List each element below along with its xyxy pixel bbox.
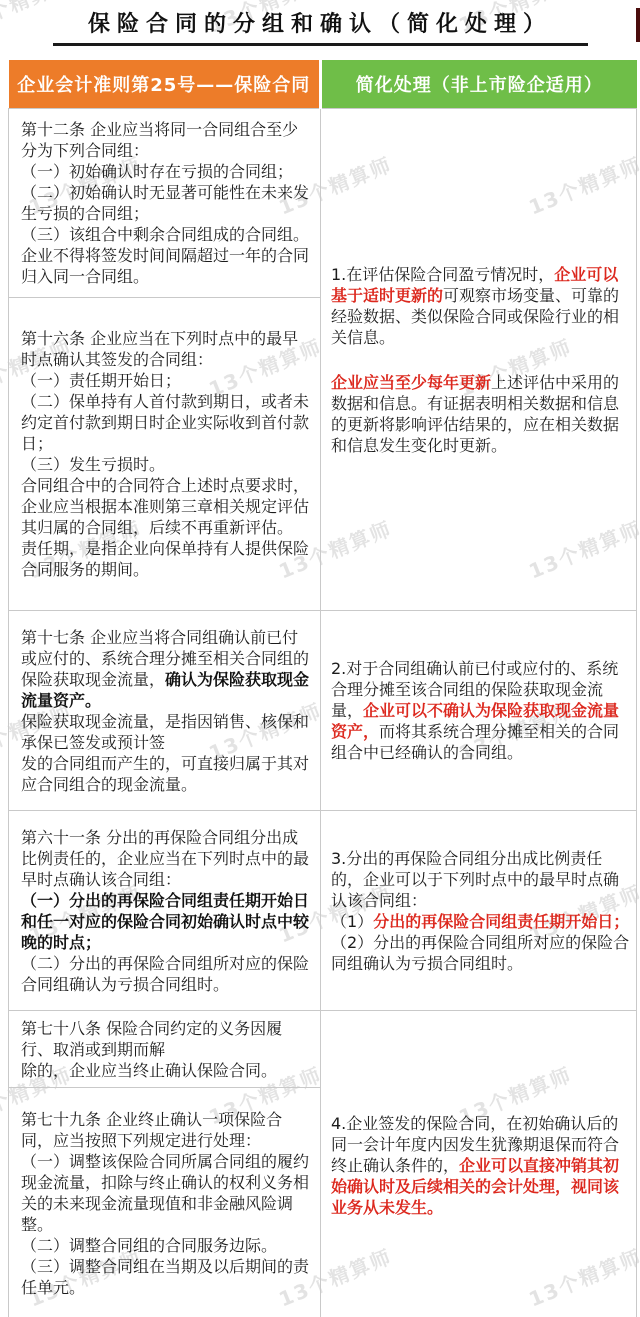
body-text: 保险获取现金流量，是指因销售、核保和承保已签发或预计签 发的合同组而产生的，可直… bbox=[21, 712, 309, 794]
content: 保险合同的分组和确认（简化处理） 企业会计准则第25号——保险合同 简化处理（非… bbox=[0, 0, 640, 1317]
cell-right-row5: 4.企业签发的保险合同，在初始确认后的同一会计年度内因发生犹豫期退保而符合终止确… bbox=[321, 1011, 637, 1317]
body-text: 企业不得将签发时间间隔超过一年的合同归入同一合同组。 bbox=[21, 246, 309, 286]
cell-left-row4: 第六十一条 分出的再保险合同组分出成比例责任的，企业应当在下列时点中的最早时点确… bbox=[9, 811, 321, 1011]
header-standard-column: 企业会计准则第25号——保险合同 bbox=[9, 60, 321, 109]
body-text: （一）分出的再保险合同组责任期开始日和任一对应的保险合同初始确认时点中较晚的时点… bbox=[21, 891, 309, 952]
body-text: （二）保单持有人首付款到期日，或者未约定首付款到期日时企业实际收到首付款日； bbox=[21, 392, 309, 453]
paragraph: 第十二条 企业应当将同一合同组合至少分为下列合同组： bbox=[21, 119, 312, 161]
paragraph: 2.对于合同组确认前已付或应付的、系统合理分摊至该合同组的保险获取现金流量，企业… bbox=[331, 658, 630, 763]
cell-left-row6: 第七十九条 企业终止确认一项保险合同，应当按照下列规定进行处理：（一）调整该保险… bbox=[9, 1088, 321, 1317]
body-text: （三）发生亏损时。 bbox=[21, 455, 165, 474]
cell-right-row1: 1.在评估保险合同盈亏情况时，企业可以基于适时更新的可观察市场变量、可靠的经验数… bbox=[321, 109, 637, 611]
body-text: 合同组合中的合同符合上述时点要求时，企业应当根据本准则第三章相关规定评估其归属的… bbox=[21, 476, 309, 537]
paragraph: （一）初始确认时存在亏损的合同组； bbox=[21, 161, 312, 182]
paragraph: 1.在评估保险合同盈亏情况时，企业可以基于适时更新的可观察市场变量、可靠的经验数… bbox=[331, 264, 630, 348]
paragraph: 企业不得将签发时间间隔超过一年的合同归入同一合同组。 bbox=[21, 245, 312, 287]
body-text: （二）初始确认时无显著可能性在未来发生亏损的合同组； bbox=[21, 183, 309, 223]
paragraph: 第七十八条 保险合同约定的义务因履行、取消或到期而解 除的，企业应当终止确认保险… bbox=[21, 1018, 312, 1081]
body-text: （一）初始确认时存在亏损的合同组； bbox=[21, 162, 293, 181]
paragraph: （2）分出的再保险合同组所对应的保险合同组确认为亏损合同组时。 bbox=[331, 932, 630, 974]
comparison-table: 企业会计准则第25号——保险合同 简化处理（非上市险企适用） 第十二条 企业应当… bbox=[8, 60, 637, 1317]
paragraph: （一）分出的再保险合同组责任期开始日和任一对应的保险合同初始确认时点中较晚的时点… bbox=[21, 890, 312, 953]
body-text: （1） bbox=[331, 912, 373, 931]
table-row-5: 第七十八条 保险合同约定的义务因履行、取消或到期而解 除的，企业应当终止确认保险… bbox=[9, 1011, 637, 1088]
paragraph: （二）初始确认时无显著可能性在未来发生亏损的合同组； bbox=[21, 182, 312, 224]
paragraph: （三）调整合同组在当期及以后期间的责任单元。 bbox=[21, 1256, 312, 1298]
cell-right-row4: 3.分出的再保险合同组分出成比例责任的，企业可以于下列时点中的最早时点确认该合同… bbox=[321, 811, 637, 1011]
body-text: 1.在评估保险合同盈亏情况时， bbox=[331, 265, 554, 284]
page-title: 保险合同的分组和确认（简化处理） bbox=[0, 12, 640, 38]
body-text: 第六十一条 分出的再保险合同组分出成比例责任的，企业应当在下列时点中的最早时点确… bbox=[21, 828, 309, 889]
paragraph: 保险获取现金流量，是指因销售、核保和承保已签发或预计签 发的合同组而产生的，可直… bbox=[21, 711, 312, 795]
paragraph: 第六十一条 分出的再保险合同组分出成比例责任的，企业应当在下列时点中的最早时点确… bbox=[21, 827, 312, 890]
highlighted-text: 分出的再保险合同组责任期开始日； bbox=[373, 912, 629, 931]
paragraph-spacer bbox=[331, 348, 630, 372]
paragraph: 4.企业签发的保险合同，在初始确认后的同一会计年度内因发生犹豫期退保而符合终止确… bbox=[331, 1113, 630, 1218]
body-text: 第七十八条 保险合同约定的义务因履行、取消或到期而解 除的，企业应当终止确认保险… bbox=[21, 1019, 282, 1080]
body-text: （一）责任期开始日； bbox=[21, 371, 181, 390]
cell-left-row5: 第七十八条 保险合同约定的义务因履行、取消或到期而解 除的，企业应当终止确认保险… bbox=[9, 1011, 321, 1088]
title-underline bbox=[53, 43, 588, 46]
cell-left-row2: 第十六条 企业应当在下列时点中的最早时点确认其签发的合同组：（一）责任期开始日；… bbox=[9, 298, 321, 611]
body-text: （二）调整合同组的合同服务边际。 bbox=[21, 1236, 277, 1255]
body-text: 责任期，是指企业向保单持有人提供保险合同服务的期间。 bbox=[21, 539, 309, 579]
screen-edge-artifact bbox=[636, 8, 640, 42]
paragraph: 第十七条 企业应当将合同组确认前已付或应付的、系统合理分摊至相关合同组的保险获取… bbox=[21, 627, 312, 711]
paragraph: 3.分出的再保险合同组分出成比例责任的，企业可以于下列时点中的最早时点确认该合同… bbox=[331, 848, 630, 911]
table-header: 企业会计准则第25号——保险合同 简化处理（非上市险企适用） bbox=[9, 60, 637, 109]
title-block: 保险合同的分组和确认（简化处理） bbox=[0, 0, 640, 60]
body-text: 第七十九条 企业终止确认一项保险合同，应当按照下列规定进行处理： bbox=[21, 1110, 282, 1150]
body-text: （一）调整该保险合同所属合同组的履约现金流量，扣除与终止确认的权利义务相关的未来… bbox=[21, 1152, 309, 1234]
table-row-1: 第十二条 企业应当将同一合同组合至少分为下列合同组：（一）初始确认时存在亏损的合… bbox=[9, 109, 637, 298]
paragraph: （二）分出的再保险合同组所对应的保险合同组确认为亏损合同组时。 bbox=[21, 953, 312, 995]
paragraph: （二）保单持有人首付款到期日，或者未约定首付款到期日时企业实际收到首付款日； bbox=[21, 391, 312, 454]
table-row-3: 第十七条 企业应当将合同组确认前已付或应付的、系统合理分摊至相关合同组的保险获取… bbox=[9, 611, 637, 811]
highlighted-text: 企业应当至少每年更新 bbox=[331, 373, 491, 392]
body-text: 第十六条 企业应当在下列时点中的最早时点确认其签发的合同组： bbox=[21, 329, 298, 369]
body-text: 3.分出的再保险合同组分出成比例责任的，企业可以于下列时点中的最早时点确认该合同… bbox=[331, 849, 619, 910]
cell-left-row1: 第十二条 企业应当将同一合同组合至少分为下列合同组：（一）初始确认时存在亏损的合… bbox=[9, 109, 321, 298]
paragraph: （三）发生亏损时。 bbox=[21, 454, 312, 475]
body-text: 第十二条 企业应当将同一合同组合至少分为下列合同组： bbox=[21, 120, 298, 160]
paragraph: （一）调整该保险合同所属合同组的履约现金流量，扣除与终止确认的权利义务相关的未来… bbox=[21, 1151, 312, 1235]
cell-right-row3: 2.对于合同组确认前已付或应付的、系统合理分摊至该合同组的保险获取现金流量，企业… bbox=[321, 611, 637, 811]
paragraph: （三）该组合中剩余合同组成的合同组。 bbox=[21, 224, 312, 245]
table-body: 第十二条 企业应当将同一合同组合至少分为下列合同组：（一）初始确认时存在亏损的合… bbox=[9, 109, 637, 1317]
header-simplified-column: 简化处理（非上市险企适用） bbox=[321, 60, 637, 109]
paragraph: （二）调整合同组的合同服务边际。 bbox=[21, 1235, 312, 1256]
paragraph: 第七十九条 企业终止确认一项保险合同，应当按照下列规定进行处理： bbox=[21, 1109, 312, 1151]
paragraph: 第十六条 企业应当在下列时点中的最早时点确认其签发的合同组： bbox=[21, 328, 312, 370]
paragraph: （一）责任期开始日； bbox=[21, 370, 312, 391]
body-text: （2）分出的再保险合同组所对应的保险合同组确认为亏损合同组时。 bbox=[331, 933, 629, 973]
paragraph: 合同组合中的合同符合上述时点要求时，企业应当根据本准则第三章相关规定评估其归属的… bbox=[21, 475, 312, 538]
paragraph: 责任期，是指企业向保单持有人提供保险合同服务的期间。 bbox=[21, 538, 312, 580]
body-text: （二）分出的再保险合同组所对应的保险合同组确认为亏损合同组时。 bbox=[21, 954, 309, 994]
paragraph: （1）分出的再保险合同组责任期开始日； bbox=[331, 911, 630, 932]
page: 13个精算师13个精算师13个精算师13个精算师13个精算师13个精算师13个精… bbox=[0, 0, 640, 1317]
cell-left-row3: 第十七条 企业应当将合同组确认前已付或应付的、系统合理分摊至相关合同组的保险获取… bbox=[9, 611, 321, 811]
header-row: 企业会计准则第25号——保险合同 简化处理（非上市险企适用） bbox=[9, 60, 637, 109]
table-row-4: 第六十一条 分出的再保险合同组分出成比例责任的，企业应当在下列时点中的最早时点确… bbox=[9, 811, 637, 1011]
body-text: （三）调整合同组在当期及以后期间的责任单元。 bbox=[21, 1257, 309, 1297]
body-text: （三）该组合中剩余合同组成的合同组。 bbox=[21, 225, 309, 244]
paragraph: 企业应当至少每年更新上述评估中采用的数据和信息。有证据表明相关数据和信息的更新将… bbox=[331, 372, 630, 456]
